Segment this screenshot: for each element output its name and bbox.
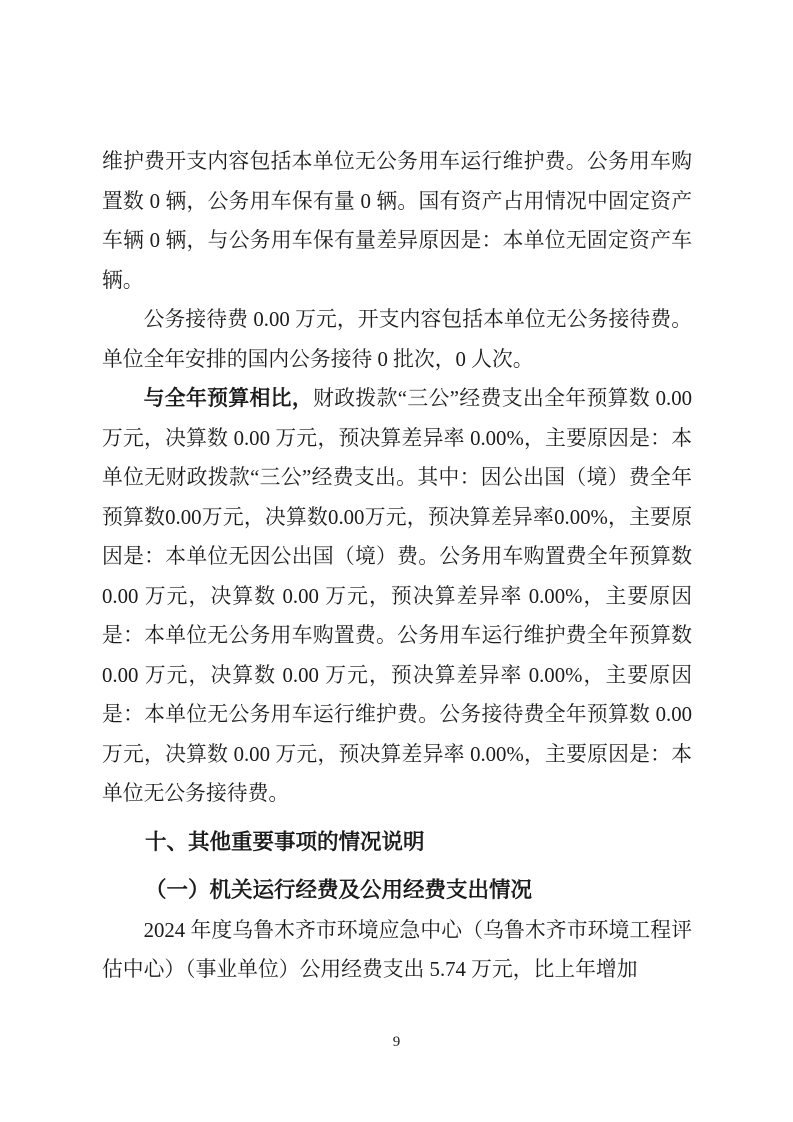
page-number: 9 [393, 1034, 401, 1050]
budget-comparison-body: 财政拨款“三公”经费支出全年预算数 0.00 万元，决算数 0.00 万元，预决… [102, 387, 692, 805]
page-footer: 9 [0, 1033, 793, 1051]
paragraph-official-reception: 公务接待费 0.00 万元，开支内容包括本单位无公务接待费。单位全年安排的国内公… [102, 300, 692, 379]
document-body: 维护费开支内容包括本单位无公务用车运行维护费。公务用车购置数 0 辆，公务用车保… [102, 142, 692, 990]
document-page: 维护费开支内容包括本单位无公务用车运行维护费。公务用车购置数 0 辆，公务用车保… [0, 0, 793, 1122]
budget-comparison-lead: 与全年预算相比， [144, 387, 313, 410]
paragraph-vehicle-maintenance: 维护费开支内容包括本单位无公务用车运行维护费。公务用车购置数 0 辆，公务用车保… [102, 142, 692, 300]
paragraph-budget-comparison: 与全年预算相比，财政拨款“三公”经费支出全年预算数 0.00 万元，决算数 0.… [102, 379, 692, 814]
paragraph-public-expense: 2024 年度乌鲁木齐市环境应急中心（乌鲁木齐市环境工程评估中心）（事业单位）公… [102, 911, 692, 990]
section-heading-other-important-items: 十、其他重要事项的情况说明 [102, 823, 692, 863]
subsection-heading-operating-expenses: （一）机关运行经费及公用经费支出情况 [102, 871, 692, 911]
